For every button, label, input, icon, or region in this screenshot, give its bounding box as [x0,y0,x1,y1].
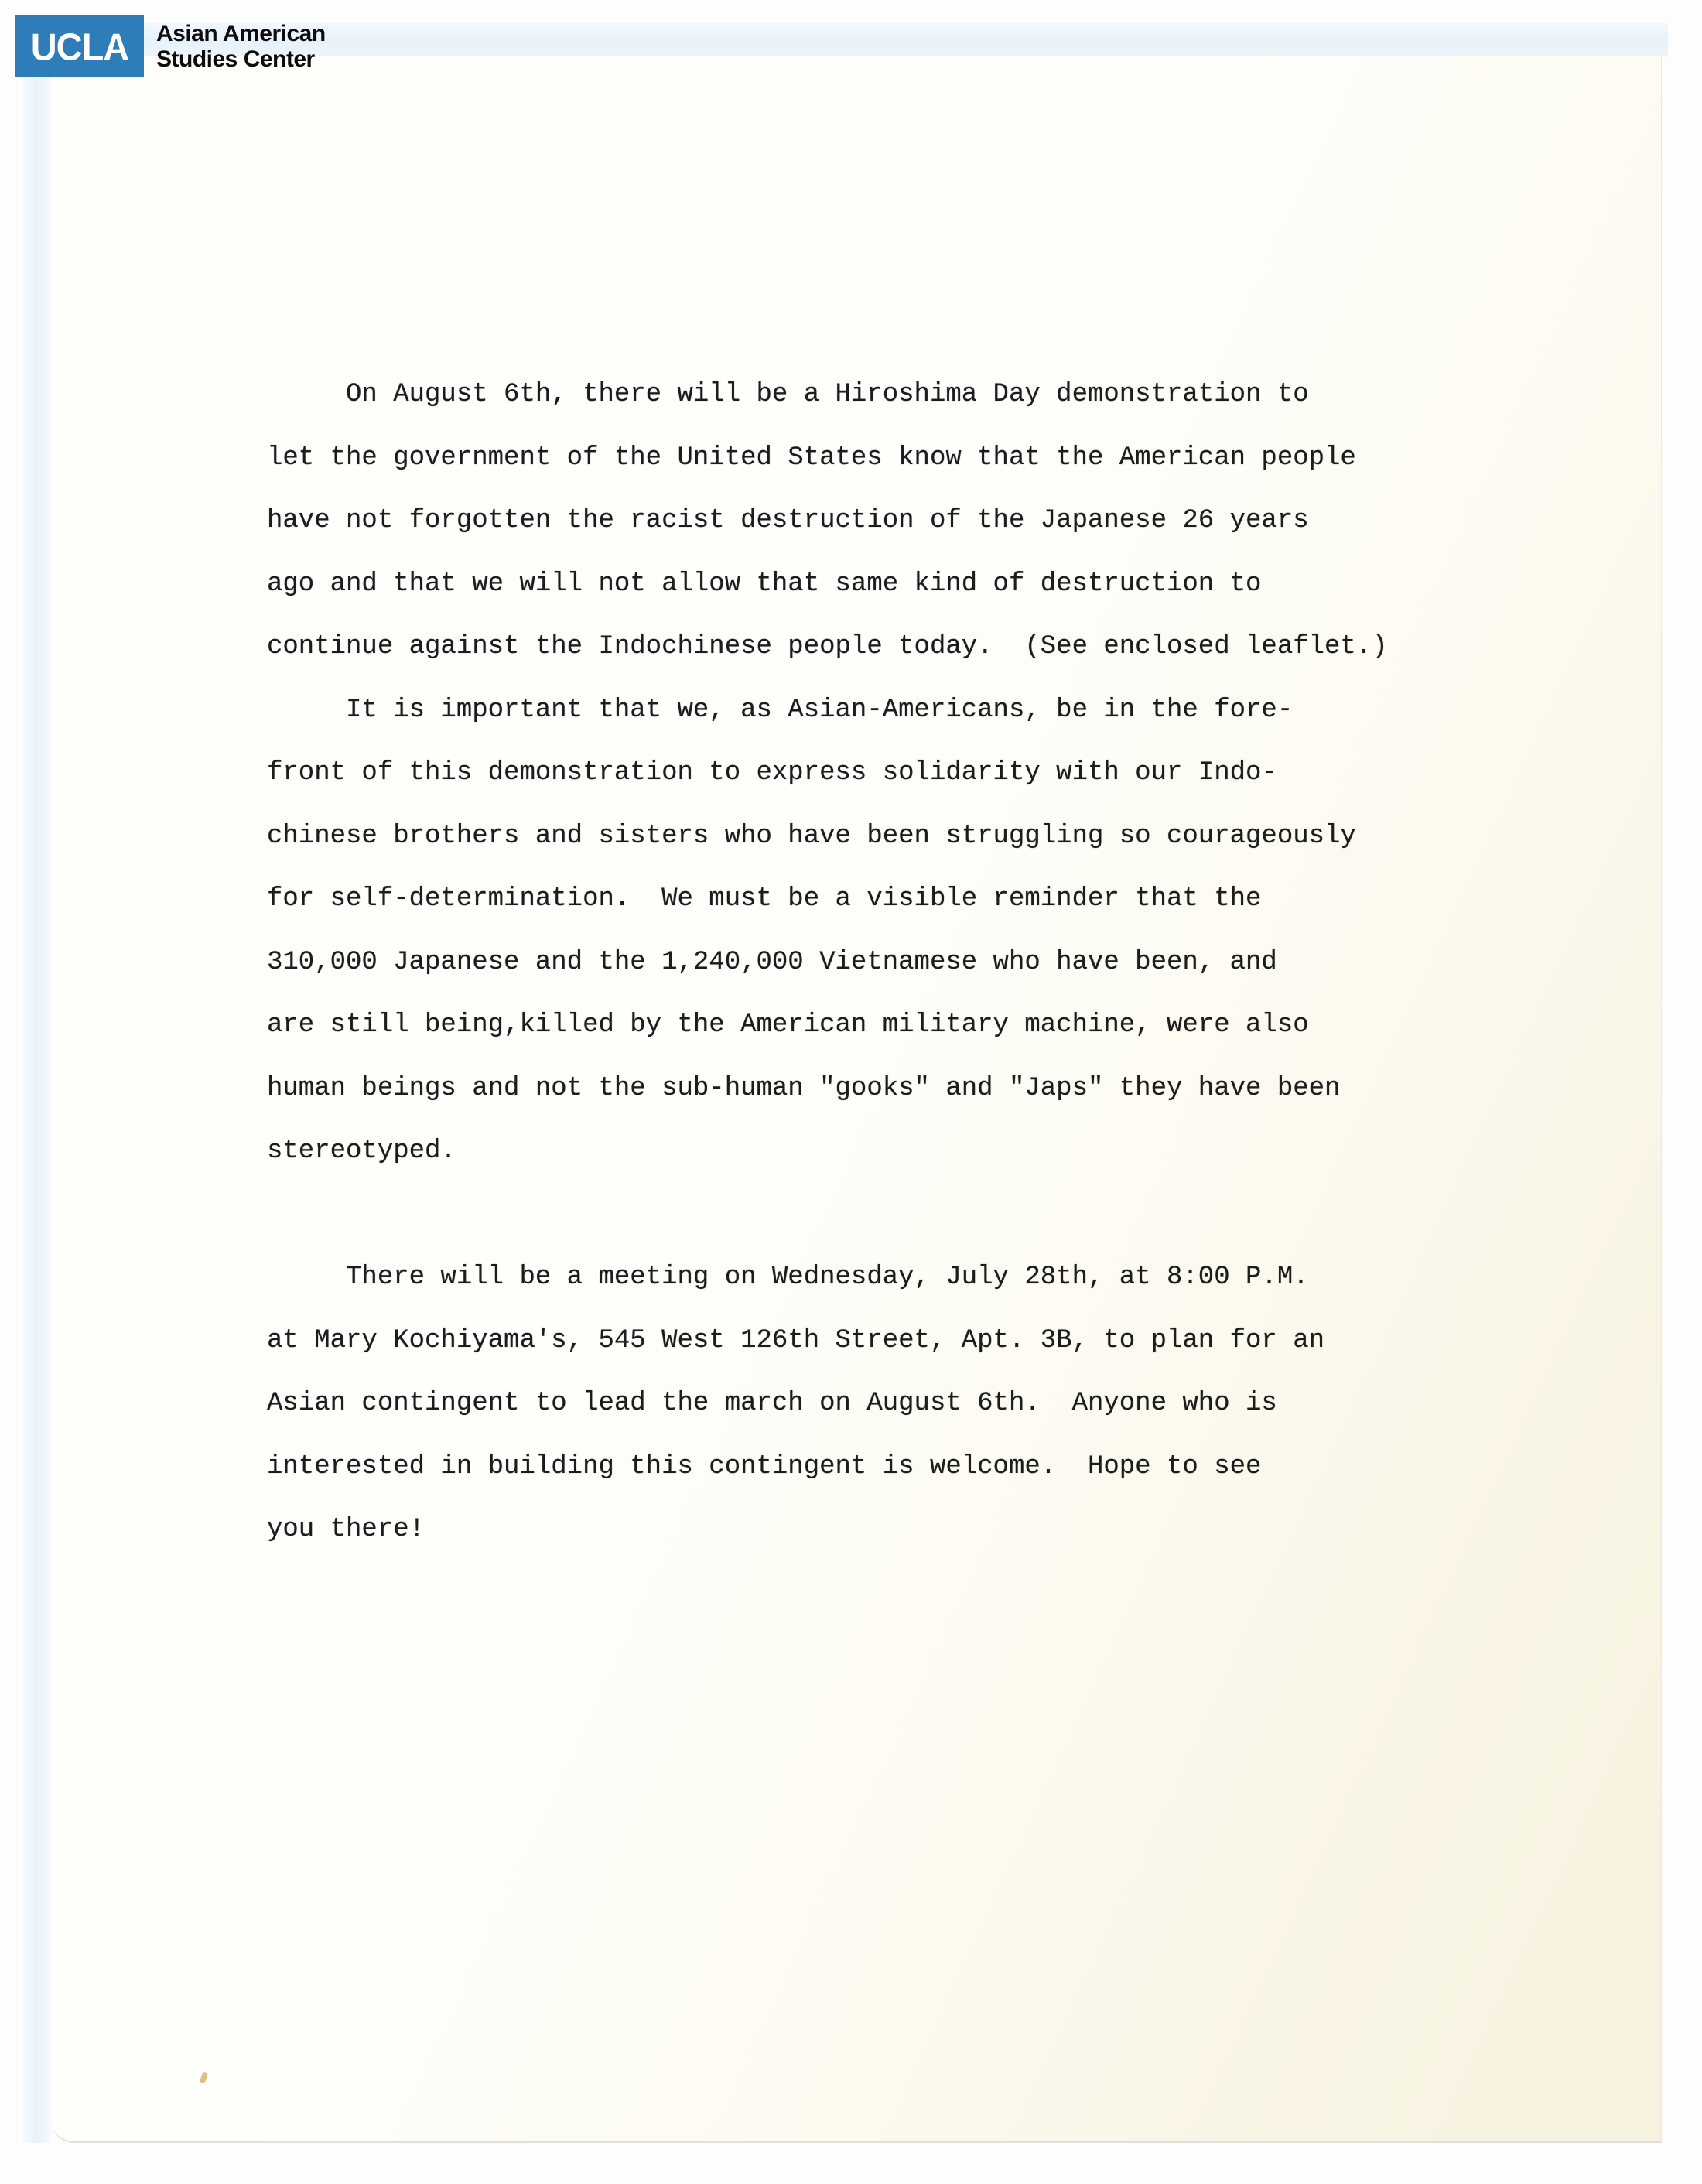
logo-org-name: Asian American Studies Center [156,15,326,72]
typewritten-body: On August 6th, there will be a Hiroshima… [267,364,1474,1562]
scanner-edge-left [23,54,51,2143]
scan-canvas: UCLA Asian American Studies Center On Au… [0,0,1702,2184]
ucla-logo-box: UCLA [15,15,144,77]
ucla-logo: UCLA Asian American Studies Center [15,15,326,77]
logo-org-line2: Studies Center [156,46,326,72]
logo-org-line1: Asian American [156,21,326,46]
ucla-logo-text: UCLA [31,24,129,68]
